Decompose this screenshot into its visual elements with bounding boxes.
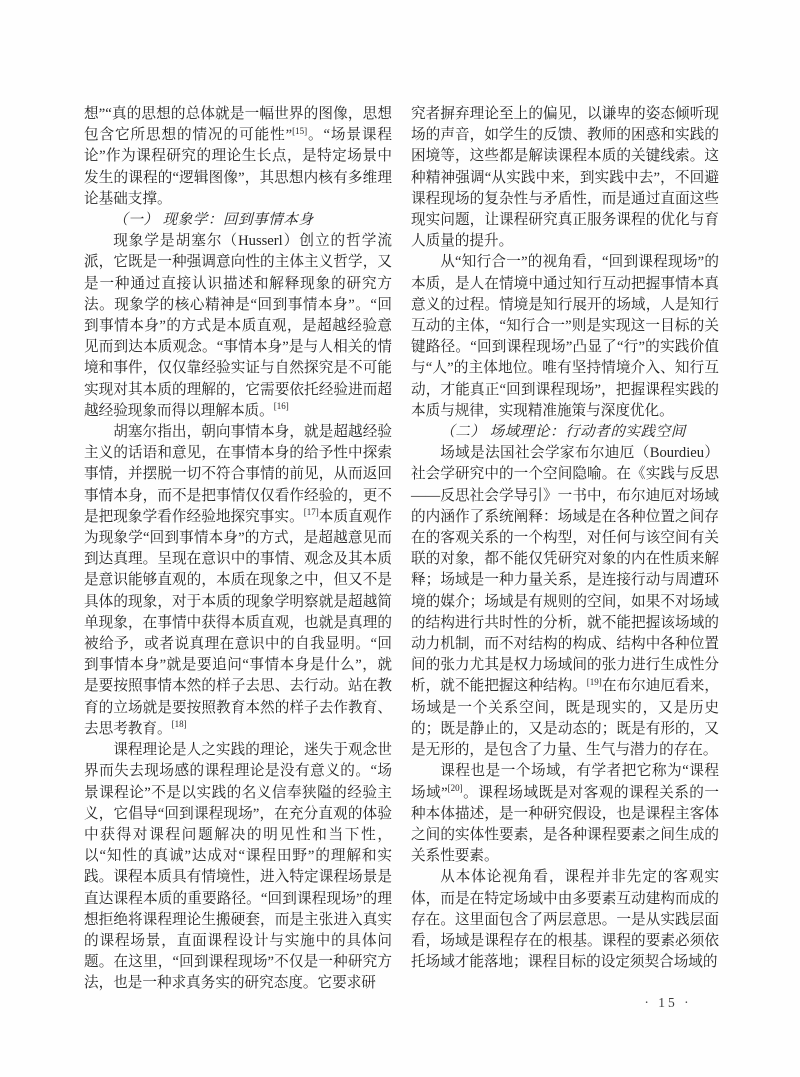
- paragraph: 场域是法国社会学家布尔迪厄（Bourdieu）社会学研究中的一个空间隐喻。在《实…: [411, 443, 719, 761]
- footnote-reference: [17]: [304, 507, 319, 517]
- scanned-paper-page: 想”“真的思想的总体就是一幅世界的图像，思想包含它所思想的情况的可能性”[15]…: [0, 0, 800, 1077]
- footnote-reference: [15]: [292, 126, 307, 136]
- paragraph: 课程理论是人之实践的理论，迷失于观念世界而失去现场感的课程理论是没有意义的。“场…: [84, 740, 392, 994]
- text-column-right: 究者摒弃理论至上的偏见，以谦卑的姿态倾听现场的声音，如学生的反馈、教师的困惑和实…: [411, 104, 719, 973]
- section-heading: （一） 现象学：回到事情本身: [84, 210, 392, 231]
- paragraph: 胡塞尔指出，朝向事情本身，就是超越经验主义的话语和意见，在事情本身的给予性中探索…: [84, 422, 392, 740]
- paragraph: 从“知行合一”的视角看，“回到课程现场”的本质，是人在情境中通过知行互动把握事情…: [411, 252, 719, 422]
- footnote-reference: [20]: [448, 783, 463, 793]
- paragraph: 想”“真的思想的总体就是一幅世界的图像，思想包含它所思想的情况的可能性”[15]…: [84, 104, 392, 210]
- paragraph: 从本体论视角看，课程并非先定的客观实体，而是在特定场域中由多要素互动建构而成的存…: [411, 867, 719, 973]
- paragraph: 课程也是一个场域，有学者把它称为“课程场域”[20]。课程场域既是对客观的课程关…: [411, 761, 719, 867]
- footnote-reference: [19]: [587, 677, 602, 687]
- paragraph: 现象学是胡塞尔（Husserl）创立的哲学流派，它既是一种强调意向性的主体主义哲…: [84, 231, 392, 422]
- footnote-reference: [18]: [172, 719, 187, 729]
- footnote-reference: [16]: [274, 401, 289, 411]
- section-heading: （二） 场域理论：行动者的实践空间: [411, 422, 719, 443]
- page-number: · 15 ·: [626, 995, 710, 1011]
- paragraph: 究者摒弃理论至上的偏见，以谦卑的姿态倾听现场的声音，如学生的反馈、教师的困惑和实…: [411, 104, 719, 252]
- text-column-left: 想”“真的思想的总体就是一幅世界的图像，思想包含它所思想的情况的可能性”[15]…: [84, 104, 392, 995]
